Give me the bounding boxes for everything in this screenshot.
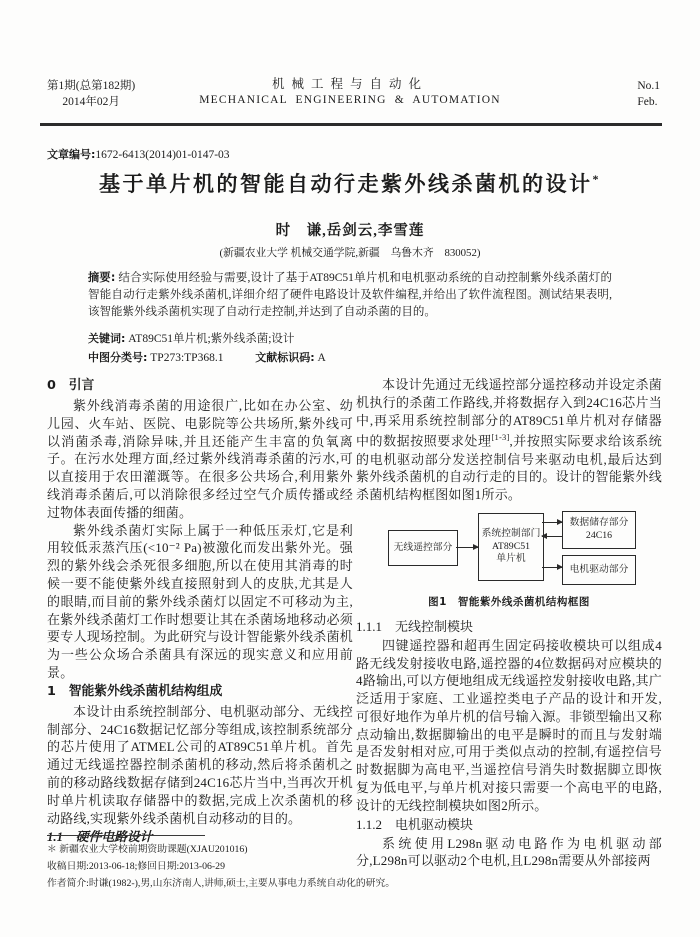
title-footnote-mark: * bbox=[593, 172, 602, 186]
design-overview-paragraph: 本设计先通过无线遥控部分遥控移动并设定杀菌机执行的杀菌工作路线,并将数据存入到2… bbox=[356, 376, 662, 504]
clc-line: 中图分类号: TP273:TP368.1 文献标识码: A bbox=[88, 349, 612, 365]
citation-ref: [1-3] bbox=[492, 432, 510, 442]
affiliation-line: (新疆农业大学 机械交通学院,新疆 乌鲁木齐 830052) bbox=[0, 245, 700, 260]
diagram-box-motor-drive-label: 电机驱动部分 bbox=[570, 564, 629, 577]
paper-page: 第1期(总第182期) 2014年02月 机械工程与自动化 MECHANICAL… bbox=[0, 0, 700, 937]
diagram-box-data-storage: 数据储存部分 24C16 bbox=[562, 511, 636, 549]
footnote-block: ＊ 新疆农业大学校前期资助课题(XJAU201016) 收稿日期:2013-06… bbox=[47, 835, 667, 892]
section-1-1-1-heading: 1.1.1 无线控制模块 bbox=[356, 618, 662, 636]
section-0-paragraph-1: 紫外线消毒杀菌的用途很广,比如在办公室、幼儿园、火车站、医院、电影院等公共场所,… bbox=[47, 397, 353, 522]
diagram-box-wireless-remote: 无线遥控部分 bbox=[388, 530, 458, 566]
doc-code-label: 文献标识码: bbox=[255, 351, 314, 364]
figure-1: 无线遥控部分 系统控制部门 AT89C51 单片机 数据储存部分 24C16 电… bbox=[356, 508, 662, 612]
journal-title-en: MECHANICAL ENGINEERING & AUTOMATION bbox=[0, 92, 700, 108]
arrow-mcu-to-motor bbox=[542, 567, 562, 568]
right-column: 本设计先通过无线遥控部分遥控移动并设定杀菌机执行的杀菌工作路线,并将数据存入到2… bbox=[356, 376, 662, 870]
footnote-rule bbox=[47, 835, 205, 836]
figure-1-diagram: 无线遥控部分 系统控制部门 AT89C51 单片机 数据储存部分 24C16 电… bbox=[364, 508, 654, 590]
journal-title-block: 机械工程与自动化 MECHANICAL ENGINEERING & AUTOMA… bbox=[0, 76, 700, 108]
journal-title-cn: 机械工程与自动化 bbox=[0, 76, 700, 92]
diagram-box-system-control-line2: AT89C51 bbox=[492, 541, 530, 554]
section-0-paragraph-2: 紫外线杀菌灯实际上属于一种低压汞灯,它是利用较低汞蒸汽压(<10⁻² Pa)被激… bbox=[47, 522, 353, 682]
doc-code-value: A bbox=[317, 352, 325, 364]
figure-1-caption: 图1 智能紫外线杀菌机结构框图 bbox=[356, 594, 662, 612]
section-1-1-1-paragraph: 四键遥控器和超再生固定码接收模块可以组成4路无线发射接收电路,遥控器的4位数据码… bbox=[356, 637, 662, 815]
diagram-box-data-storage-line2: 24C16 bbox=[586, 530, 612, 543]
left-column: 0 引言 紫外线消毒杀菌的用途很广,比如在办公室、幼儿园、火车站、医院、电影院等… bbox=[47, 376, 353, 847]
article-number-line: 文章编号:1672-6413(2014)01-0147-03 bbox=[47, 146, 230, 162]
abstract-block: 摘要: 结合实际使用经验与需要,设计了基于AT89C51单片机和电机驱动系统的自… bbox=[88, 269, 612, 322]
section-1-heading: 1 智能紫外线杀菌机结构组成 bbox=[47, 683, 353, 701]
journal-no-block: No.1 Feb. bbox=[637, 78, 660, 110]
keywords-label: 关键词: bbox=[88, 332, 125, 345]
journal-no: No.1 bbox=[637, 78, 660, 94]
diagram-box-system-control-line3: 单片机 bbox=[496, 553, 525, 566]
footnote-bio: 作者简介:时谦(1982-),男,山东济南人,讲师,硕士,主要从事电力系统自动化… bbox=[47, 875, 667, 892]
clc-label: 中图分类号: bbox=[88, 351, 147, 364]
authors-line: 时 谦,岳剑云,李雪莲 bbox=[0, 219, 700, 240]
abstract-text: 结合实际使用经验与需要,设计了基于AT89C51单片机和电机驱动系统的自动控制紫… bbox=[88, 272, 612, 318]
abstract-label: 摘要: bbox=[88, 271, 115, 284]
diagram-box-wireless-remote-label: 无线遥控部分 bbox=[394, 542, 453, 555]
arrow-mcu-to-storage bbox=[542, 522, 562, 523]
article-number-value: 1672-6413(2014)01-0147-03 bbox=[95, 149, 229, 161]
arrow-storage-to-mcu bbox=[542, 536, 562, 537]
page-title: 基于单片机的智能自动行走紫外线杀菌机的设计* bbox=[0, 168, 700, 198]
page-title-text: 基于单片机的智能自动行走紫外线杀菌机的设计 bbox=[99, 172, 593, 196]
diagram-box-motor-drive: 电机驱动部分 bbox=[562, 555, 636, 585]
section-0-heading: 0 引言 bbox=[47, 377, 353, 395]
diagram-box-system-control: 系统控制部门 AT89C51 单片机 bbox=[478, 513, 544, 581]
journal-month: Feb. bbox=[637, 94, 660, 110]
footnote-fund: ＊ 新疆农业大学校前期资助课题(XJAU201016) bbox=[47, 841, 667, 858]
keywords-line: 关键词: AT89C51单片机;紫外线杀菌;设计 bbox=[88, 330, 612, 346]
arrow-remote-to-mcu bbox=[456, 547, 478, 548]
diagram-box-system-control-line1: 系统控制部门 bbox=[482, 528, 541, 541]
section-1-paragraph-1: 本设计由系统控制部分、电机驱动部分、无线控制部分、24C16数据记忆部分等组成,… bbox=[47, 703, 353, 828]
keywords-text: AT89C51单片机;紫外线杀菌;设计 bbox=[128, 333, 294, 345]
section-1-1-2-heading: 1.1.2 电机驱动模块 bbox=[356, 816, 662, 834]
footnote-dates: 收稿日期:2013-06-18;修回日期:2013-06-29 bbox=[47, 858, 667, 875]
diagram-box-data-storage-line1: 数据储存部分 bbox=[570, 517, 629, 530]
header-rule bbox=[40, 123, 662, 126]
clc-value: TP273:TP368.1 bbox=[150, 352, 223, 364]
article-number-label: 文章编号: bbox=[47, 148, 95, 161]
